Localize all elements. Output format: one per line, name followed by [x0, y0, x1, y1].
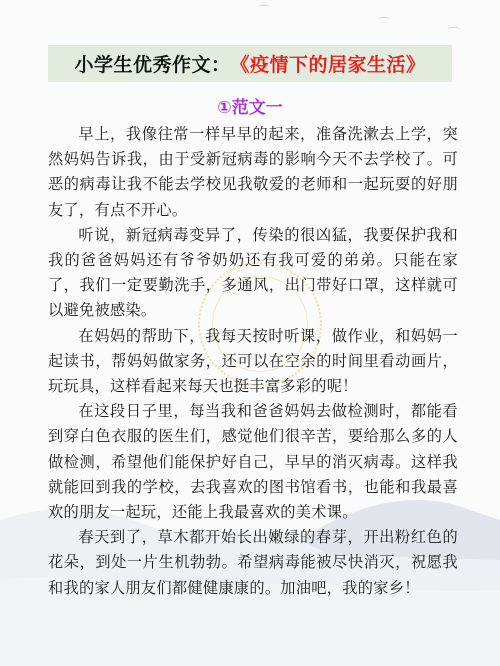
bird-icon: ⌒ [258, 2, 270, 19]
bird-icon: ⌒ [448, 24, 460, 41]
paragraph-5: 春天到了，草木都开始长出嫩绿的春芽，开出粉红色的花朵，到处一片生机勃勃。希望病毒… [48, 525, 458, 601]
paragraph-1: 早上，我像往常一样早早的起来，准备洗漱去上学，突然妈妈告诉我，由于受新冠病毒的影… [48, 122, 458, 223]
title-lead: 小学生优秀作文： [74, 50, 230, 77]
title-banner: 小学生优秀作文： 《疫情下的居家生活》 [48, 45, 452, 82]
paragraph-4: 在这段日子里，每当我和爸爸妈妈去做检测时，都能看到穿白色衣服的医生们，感觉他们很… [48, 399, 458, 525]
paragraph-3: 在妈妈的帮助下，我每天按时听课，做作业，和妈妈一起读书，帮妈妈做家务，还可以在空… [48, 324, 458, 400]
essay-title: 《疫情下的居家生活》 [231, 50, 426, 77]
essay-body: 早上，我像往常一样早早的起来，准备洗漱去上学，突然妈妈告诉我，由于受新冠病毒的影… [48, 122, 458, 601]
bird-icon: ⌒ [378, 14, 390, 31]
paragraph-2: 听说，新冠病毒变异了，传染的很凶猛，我要保护我和我的爸爸妈妈还有爷爷奶奶还有我可… [48, 223, 458, 324]
essay-subtitle: ①范文一 [0, 93, 500, 118]
